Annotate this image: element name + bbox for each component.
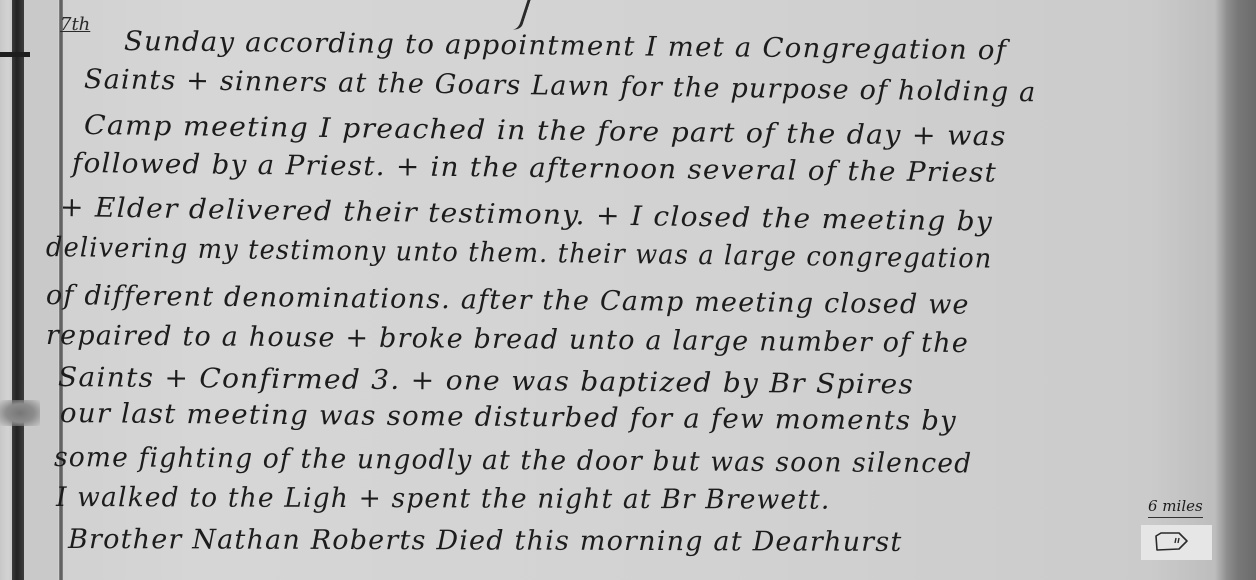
manuscript-page: 7th Sunday according to appointment I me… bbox=[0, 0, 1256, 580]
binding-line bbox=[12, 0, 24, 580]
text-line-13: Brother Nathan Roberts Died this morning… bbox=[68, 524, 903, 558]
binding-smudge bbox=[0, 400, 40, 426]
text-line-10: our last meeting was some disturbed for … bbox=[60, 398, 957, 437]
hand-drawn-pointer-icon bbox=[1153, 532, 1193, 552]
text-line-2: Saints + sinners at the Goars Lawn for t… bbox=[84, 64, 1037, 108]
page-right-edge bbox=[1226, 0, 1256, 580]
binding-tick-mark bbox=[0, 52, 30, 57]
text-line-7: of different denominations. after the Ca… bbox=[46, 280, 970, 321]
text-line-11: some fighting of the ungodly at the door… bbox=[54, 442, 972, 479]
text-line-12: I walked to the Ligh + spent the night a… bbox=[56, 482, 831, 516]
text-line-3: Camp meeting I preached in the fore part… bbox=[84, 110, 1007, 152]
text-line-8: repaired to a house + broke bread unto a… bbox=[46, 320, 969, 359]
text-line-4: followed by a Priest. + in the afternoon… bbox=[72, 148, 997, 189]
margin-distance-note: 6 miles bbox=[1148, 497, 1203, 518]
text-line-5: + Elder delivered their testimony. + I c… bbox=[60, 192, 993, 238]
manuscript-stamp bbox=[1141, 525, 1212, 560]
date-marker: 7th bbox=[60, 14, 90, 35]
ink-flourish-mark bbox=[504, 0, 533, 32]
text-line-9: Saints + Confirmed 3. + one was baptized… bbox=[58, 362, 914, 400]
text-line-1: Sunday according to appointment I met a … bbox=[124, 26, 1007, 66]
text-line-6: delivering my testimony unto them. their… bbox=[46, 232, 993, 275]
